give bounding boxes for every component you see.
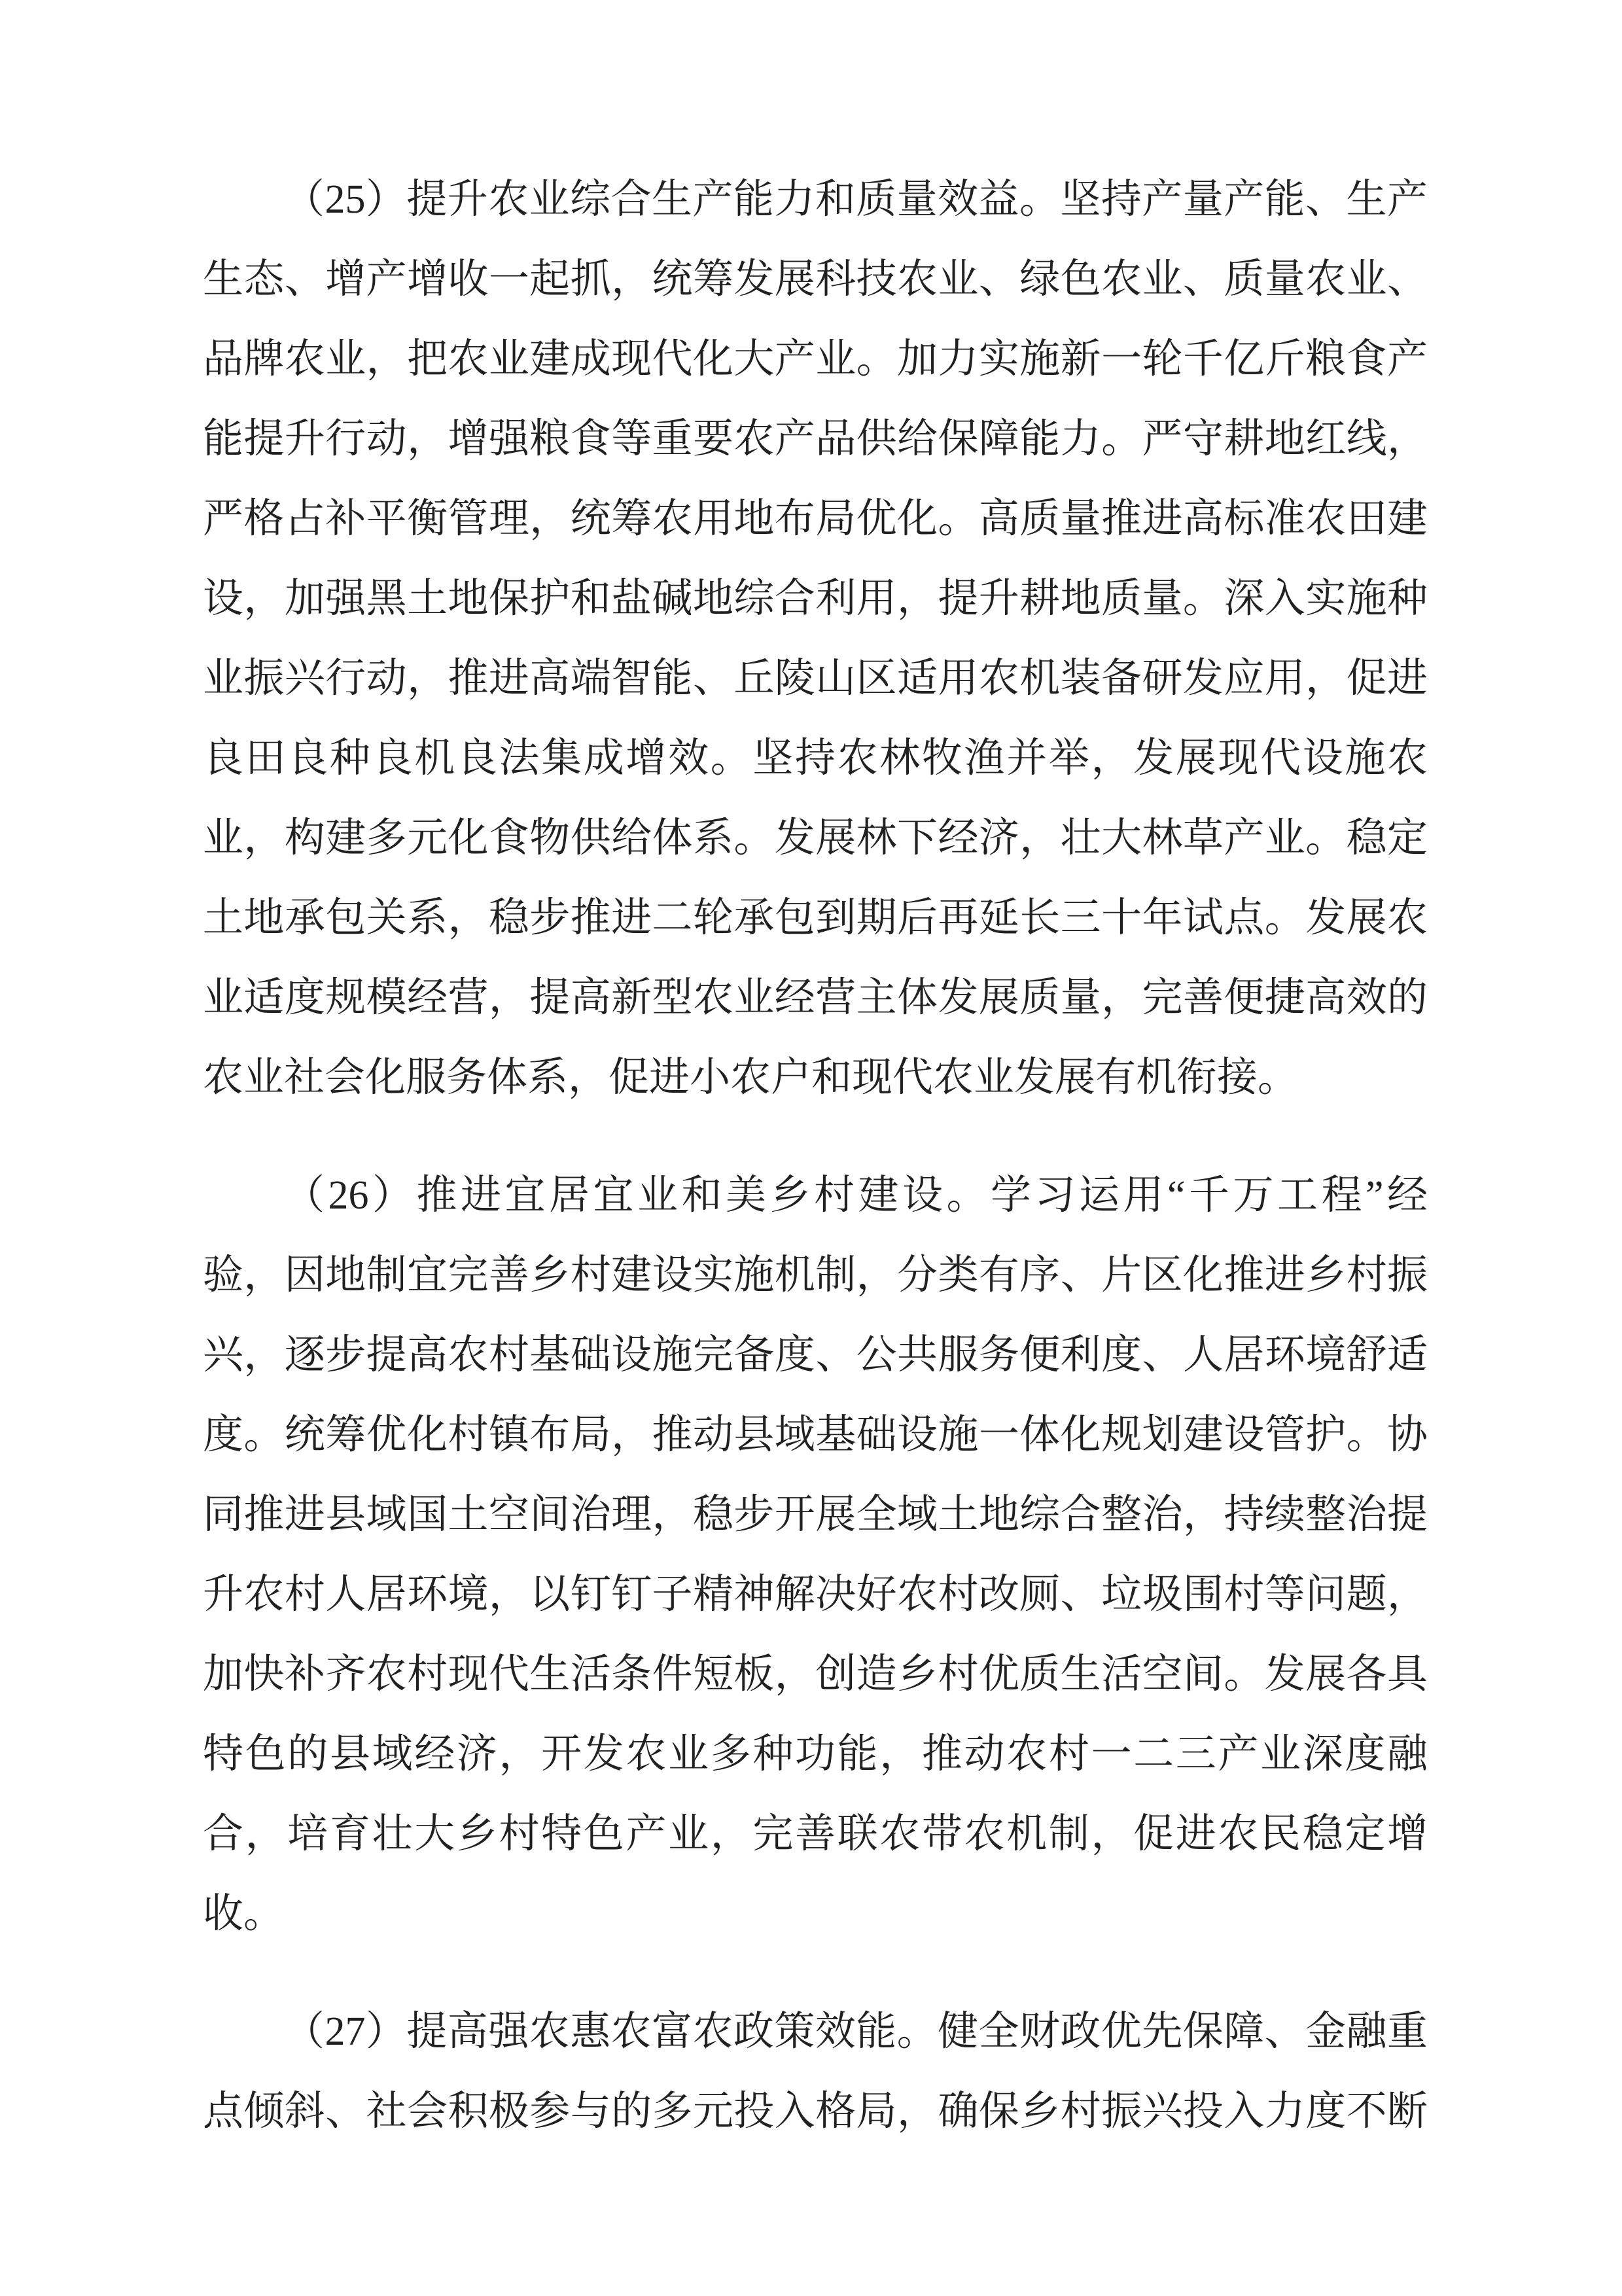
text-line: 收。 — [203, 1874, 1428, 1954]
text-line: 业，构建多元化食物供给体系。发展林下经济，壮大林草产业。稳定 — [203, 798, 1428, 878]
text-line: 特色的县域经济，开发农业多种功能，推动农村一二三产业深度融 — [203, 1714, 1428, 1794]
text-line: 合，培育壮大乡村特色产业，完善联农带农机制，促进农民稳定增 — [203, 1794, 1428, 1874]
text-line: 生态、增产增收一起抓，统筹发展科技农业、绿色农业、质量农业、 — [203, 239, 1428, 319]
text-line: 同推进县域国土空间治理，稳步开展全域土地综合整治，持续整治提 — [203, 1475, 1428, 1555]
text-line: （25）提升农业综合生产能力和质量效益。坚持产量产能、生产 — [203, 160, 1428, 239]
text-line: 加快补齐农村现代生活条件短板，创造乡村优质生活空间。发展各具 — [203, 1634, 1428, 1714]
text-line: 设，加强黑土地保护和盐碱地综合利用，提升耕地质量。深入实施种 — [203, 559, 1428, 639]
text-line: 升农村人居环境，以钉钉子精神解决好农村改厕、垃圾围村等问题， — [203, 1555, 1428, 1634]
text-line: （27）提高强农惠农富农政策效能。健全财政优先保障、金融重 — [203, 1992, 1428, 2072]
paragraph-27: （27）提高强农惠农富农政策效能。健全财政优先保障、金融重 点倾斜、社会积极参与… — [203, 1992, 1428, 2151]
document-page: （25）提升农业综合生产能力和质量效益。坚持产量产能、生产 生态、增产增收一起抓… — [0, 0, 1622, 2296]
text-line: 验，因地制宜完善乡村建设实施机制，分类有序、片区化推进乡村振 — [203, 1235, 1428, 1315]
text-line: 严格占补平衡管理，统筹农用地布局优化。高质量推进高标准农田建 — [203, 479, 1428, 559]
text-line: 兴，逐步提高农村基础设施完备度、公共服务便利度、人居环境舒适 — [203, 1315, 1428, 1395]
text-line: 农业社会化服务体系，促进小农户和现代农业发展有机衔接。 — [203, 1038, 1428, 1118]
paragraph-25: （25）提升农业综合生产能力和质量效益。坚持产量产能、生产 生态、增产增收一起抓… — [203, 160, 1428, 1118]
text-line: 能提升行动，增强粮食等重要农产品供给保障能力。严守耕地红线， — [203, 399, 1428, 479]
text-line: 度。统筹优化村镇布局，推动县域基础设施一体化规划建设管护。协 — [203, 1395, 1428, 1475]
text-line: 良田良种良机良法集成增效。坚持农林牧渔并举，发展现代设施农 — [203, 718, 1428, 798]
text-line: 品牌农业，把农业建成现代化大产业。加力实施新一轮千亿斤粮食产 — [203, 319, 1428, 399]
text-line: 业振兴行动，推进高端智能、丘陵山区适用农机装备研发应用，促进 — [203, 639, 1428, 718]
text-line: 业适度规模经营，提高新型农业经营主体发展质量，完善便捷高效的 — [203, 958, 1428, 1038]
text-line: （26）推进宜居宜业和美乡村建设。学习运用“千万工程”经 — [203, 1156, 1428, 1235]
paragraph-26: （26）推进宜居宜业和美乡村建设。学习运用“千万工程”经 验，因地制宜完善乡村建… — [203, 1156, 1428, 1954]
text-line: 土地承包关系，稳步推进二轮承包到期后再延长三十年试点。发展农 — [203, 878, 1428, 958]
text-line: 点倾斜、社会积极参与的多元投入格局，确保乡村振兴投入力度不断 — [203, 2072, 1428, 2151]
